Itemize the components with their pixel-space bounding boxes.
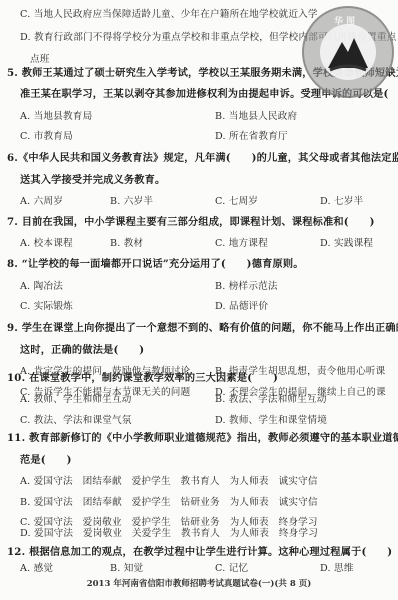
answer-option: B. 榜样示范法 <box>215 280 278 293</box>
stamp-top-text: 华 图 <box>334 14 355 27</box>
answer-option: A. 教师、学生和师生互动 <box>20 393 132 406</box>
answer-option: A. 陶冶法 <box>20 280 63 293</box>
answer-option: 点班 <box>30 53 50 66</box>
answer-option: D. 所在省教育厅 <box>215 130 288 143</box>
answer-option: C. 记忆 <box>215 562 248 575</box>
answer-option: B. 知觉 <box>110 562 143 575</box>
watermark-stamp: 华 图 <box>302 6 394 98</box>
page-footer: 2013 年河南省信阳市教师招聘考试真题试卷(一)(共 8 页) <box>0 577 398 589</box>
question-text: 范是( ) <box>20 454 72 467</box>
answer-option: D. 品德评价 <box>215 300 268 313</box>
question-text: 11. 教育部新修订的《中小学教师职业道德规范》指出，教师必须遵守的基本职业道德… <box>7 432 398 445</box>
answer-option: C. 实际锻炼 <box>20 300 73 313</box>
answer-option: B. 当地县人民政府 <box>215 110 297 123</box>
answer-option: B. 教材 <box>110 237 143 250</box>
answer-option: D. 爱国守法 爱岗敬业 关爱学生 教书育人 为人师表 终身学习 <box>20 527 318 540</box>
answer-option: A. 六周岁 <box>20 195 63 208</box>
answer-option: B. 六岁半 <box>110 195 153 208</box>
question-text: 10. 在课堂教学中，制约课堂教学效率的三大因素是( ) <box>7 372 278 385</box>
answer-option: A. 爱国守法 团结奉献 爱护学生 教书育人 为人师表 诚实守信 <box>20 475 318 488</box>
mountain-logo-icon <box>320 24 376 80</box>
question-text: 6.《中华人民共和国义务教育法》规定，凡年满( )的儿童，其父母或者其他法定监护… <box>7 152 398 165</box>
question-text: 12. 根据信息加工的观点，在教学过程中让学生进行计算。这种心理过程属于( ) <box>7 546 392 559</box>
answer-option: C. 教法、学法和课堂气氛 <box>20 414 132 427</box>
answer-option: A. 感觉 <box>20 562 53 575</box>
answer-option: C. 当地人民政府应当保障适龄儿童、少年在户籍所在地学校就近入学 <box>20 8 318 21</box>
answer-option: C. 地方课程 <box>215 237 268 250</box>
answer-option: A. 当地县教育局 <box>20 110 92 123</box>
question-text: 送其入学接受并完成义务教育。 <box>20 174 165 187</box>
answer-option: D. 七岁半 <box>320 195 363 208</box>
question-text: 这时，正确的做法是( ) <box>20 344 144 357</box>
answer-option: A. 校本课程 <box>20 237 73 250</box>
answer-option: D. 实践课程 <box>320 237 373 250</box>
question-text: 7. 目前在我国，中小学课程主要有三部分组成，即课程计划、课程标准和( ) <box>7 216 375 229</box>
answer-option: C. 市教育局 <box>20 130 73 143</box>
answer-option: B. 教法、学法和师生互动 <box>215 393 327 406</box>
answer-option: B. 爱国守法 团结奉献 爱护学生 钻研业务 为人师表 诚实守信 <box>20 496 318 509</box>
answer-option: C. 七周岁 <box>215 195 258 208</box>
question-text: 8. “让学校的每一面墙都开口说话”充分运用了( )德育原则。 <box>7 258 304 271</box>
answer-option: D. 教师、学生和课堂情境 <box>215 414 327 427</box>
answer-option: D. 思维 <box>320 562 354 575</box>
question-text: 9. 学生在课堂上向你提出了一个意想不到的、略有价值的问题，你不能马上作出正确的… <box>7 322 398 335</box>
